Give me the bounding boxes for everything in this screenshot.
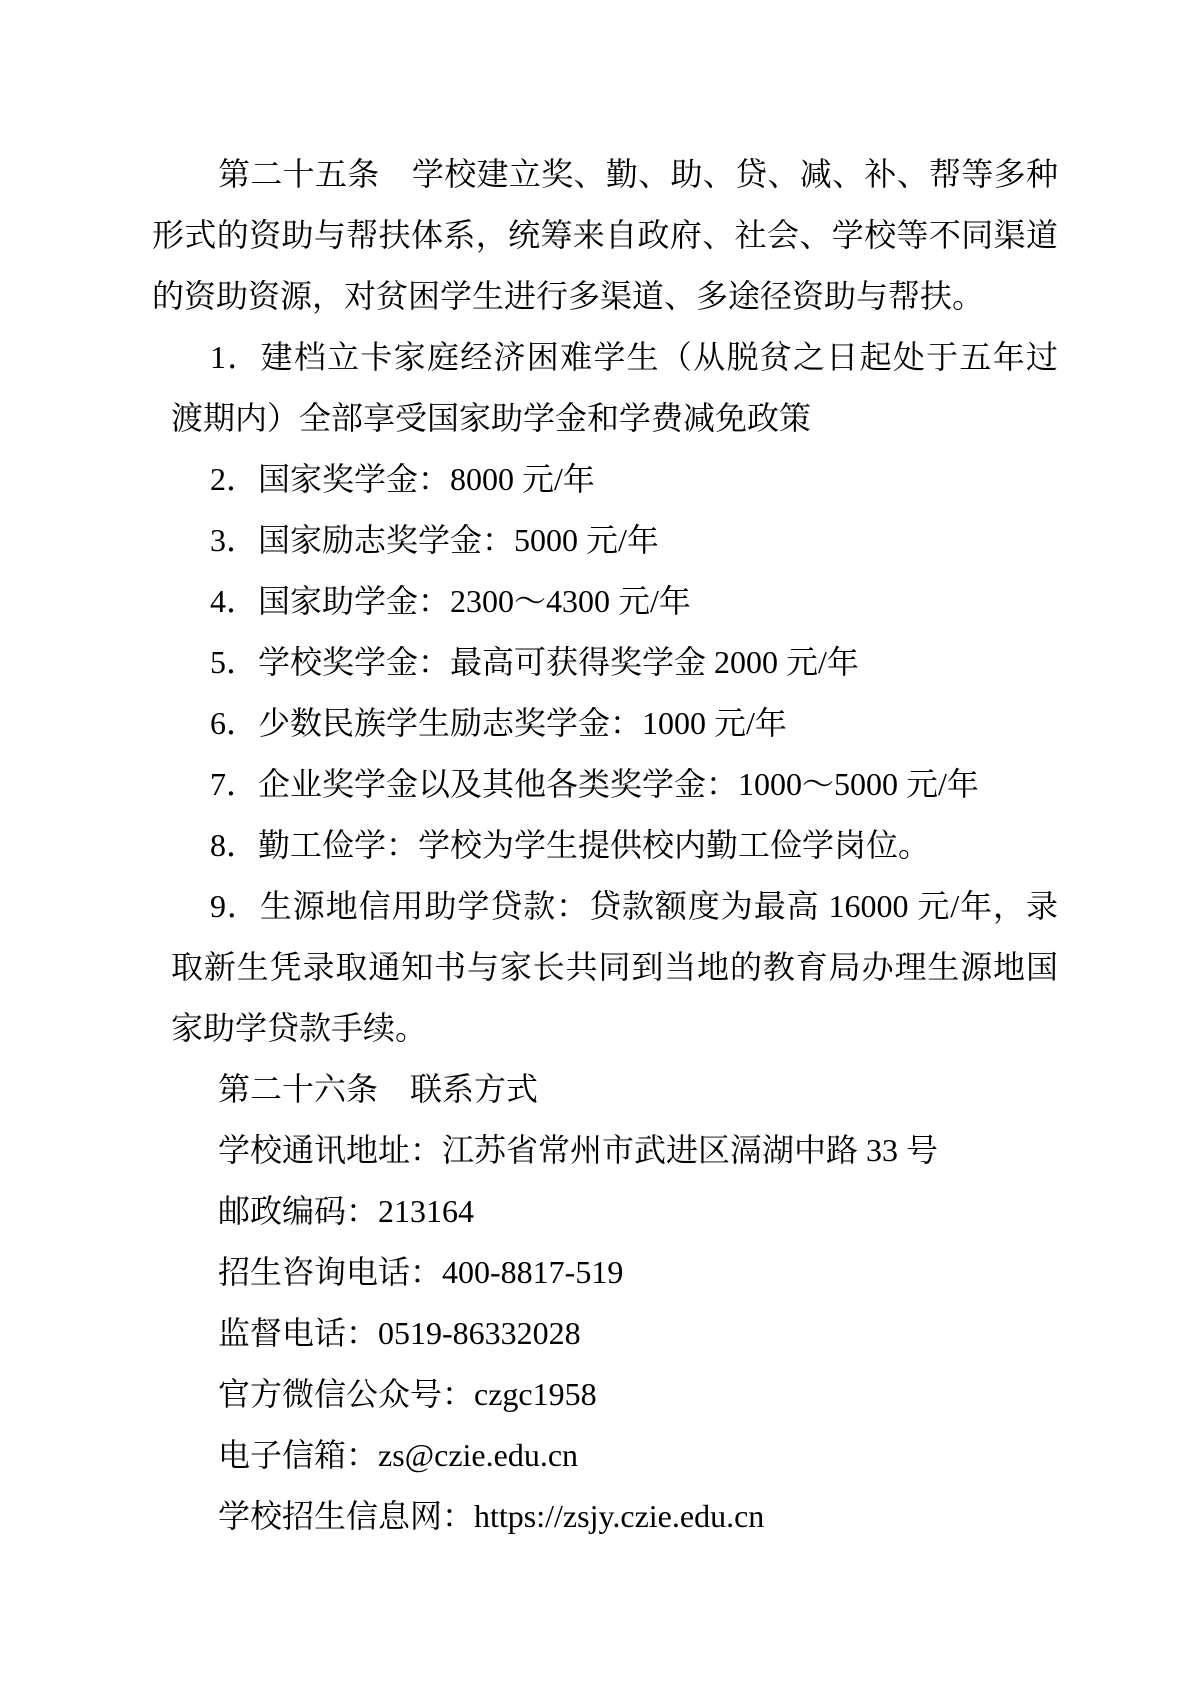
funding-item-3-line: 3．国家励志奖学金：5000 元/年 <box>152 510 1058 571</box>
funding-item-7: 7．企业奖学金以及其他各类奖学金：1000～5000 元/年 <box>152 754 1058 815</box>
funding-item-1-line: 渡期内）全部享受国家助学金和学费减免政策 <box>152 388 1058 449</box>
funding-item-9-line: 9．生源地信用助学贷款：贷款额度为最高 16000 元/年，录 <box>152 876 1058 937</box>
funding-item-2: 2．国家奖学金：8000 元/年 <box>152 449 1058 510</box>
funding-item-9-line: 家助学贷款手续。 <box>152 998 1058 1059</box>
article-25-line: 形式的资助与帮扶体系，统筹来自政府、社会、学校等不同渠道 <box>152 205 1058 266</box>
funding-item-4: 4．国家助学金：2300～4300 元/年 <box>152 571 1058 632</box>
funding-item-4-line: 4．国家助学金：2300～4300 元/年 <box>152 571 1058 632</box>
funding-item-2-line: 2．国家奖学金：8000 元/年 <box>152 449 1058 510</box>
contact-info: 学校通讯地址：江苏省常州市武进区滆湖中路 33 号 邮政编码：213164 招生… <box>152 1120 1058 1547</box>
contact-address: 学校通讯地址：江苏省常州市武进区滆湖中路 33 号 <box>152 1120 1058 1181</box>
funding-item-7-line: 7．企业奖学金以及其他各类奖学金：1000～5000 元/年 <box>152 754 1058 815</box>
funding-item-9: 9．生源地信用助学贷款：贷款额度为最高 16000 元/年，录 取新生凭录取通知… <box>152 876 1058 1059</box>
document-content: 第二十五条 学校建立奖、勤、助、贷、减、补、帮等多种 形式的资助与帮扶体系，统筹… <box>152 144 1058 1547</box>
funding-item-5: 5．学校奖学金：最高可获得奖学金 2000 元/年 <box>152 632 1058 693</box>
article-25-paragraph: 第二十五条 学校建立奖、勤、助、贷、减、补、帮等多种 形式的资助与帮扶体系，统筹… <box>152 144 1058 327</box>
funding-item-1: 1．建档立卡家庭经济困难学生（从脱贫之日起处于五年过 渡期内）全部享受国家助学金… <box>152 327 1058 449</box>
contact-email: 电子信箱：zs@czie.edu.cn <box>152 1425 1058 1486</box>
contact-postal-code: 邮政编码：213164 <box>152 1181 1058 1242</box>
document-page: 第二十五条 学校建立奖、勤、助、贷、减、补、帮等多种 形式的资助与帮扶体系，统筹… <box>0 0 1191 1684</box>
article-25-line: 的资助资源，对贫困学生进行多渠道、多途径资助与帮扶。 <box>152 266 1058 327</box>
article-26-line: 第二十六条 联系方式 <box>152 1059 1058 1120</box>
funding-item-6-line: 6．少数民族学生励志奖学金：1000 元/年 <box>152 693 1058 754</box>
funding-item-9-line: 取新生凭录取通知书与家长共同到当地的教育局办理生源地国 <box>152 937 1058 998</box>
funding-item-5-line: 5．学校奖学金：最高可获得奖学金 2000 元/年 <box>152 632 1058 693</box>
contact-wechat: 官方微信公众号：czgc1958 <box>152 1364 1058 1425</box>
contact-admission-phone: 招生咨询电话：400-8817-519 <box>152 1242 1058 1303</box>
funding-item-3: 3．国家励志奖学金：5000 元/年 <box>152 510 1058 571</box>
contact-website: 学校招生信息网：https://zsjy.czie.edu.cn <box>152 1486 1058 1547</box>
contact-supervision-phone: 监督电话：0519-86332028 <box>152 1303 1058 1364</box>
funding-item-1-line: 1．建档立卡家庭经济困难学生（从脱贫之日起处于五年过 <box>152 327 1058 388</box>
article-25-line: 第二十五条 学校建立奖、勤、助、贷、减、补、帮等多种 <box>152 144 1058 205</box>
funding-item-6: 6．少数民族学生励志奖学金：1000 元/年 <box>152 693 1058 754</box>
funding-item-8-line: 8．勤工俭学：学校为学生提供校内勤工俭学岗位。 <box>152 815 1058 876</box>
article-26-paragraph: 第二十六条 联系方式 <box>152 1059 1058 1120</box>
funding-item-8: 8．勤工俭学：学校为学生提供校内勤工俭学岗位。 <box>152 815 1058 876</box>
